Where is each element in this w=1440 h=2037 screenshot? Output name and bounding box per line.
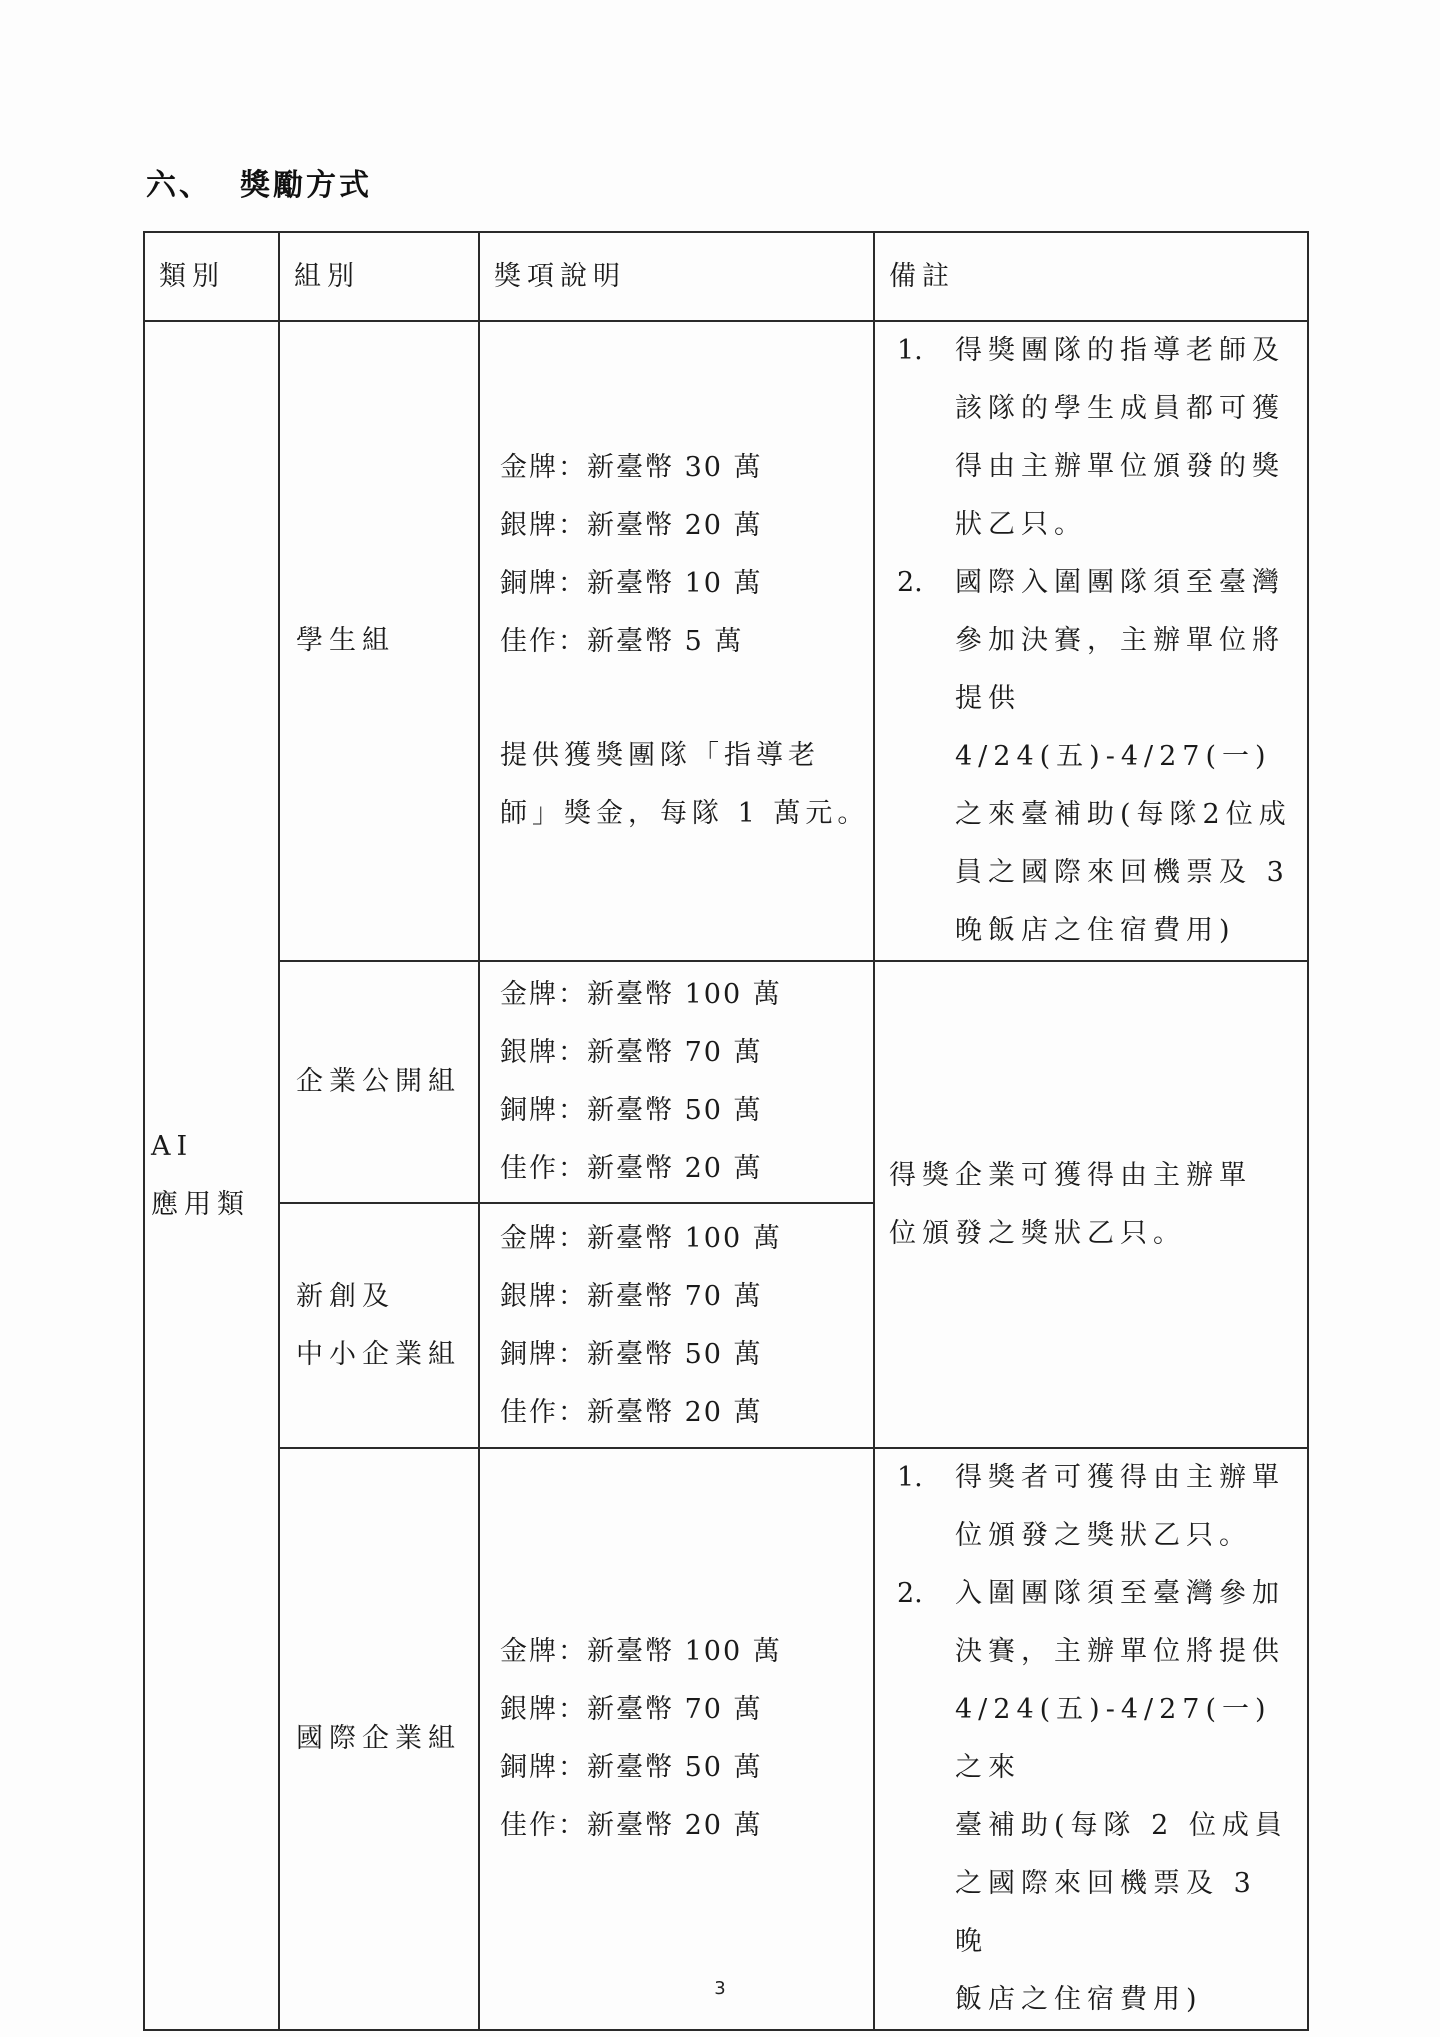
prize-cell-enterprise-open: 金牌：新臺幣 100 萬 銀牌：新臺幣 70 萬 銅牌：新臺幣 50 萬 佳作：… [479, 961, 874, 1203]
remark-item: 2. 國際入圍團隊須至臺灣 參加決賽，主辦單位將 提供 4/24(五)-4/27… [889, 554, 1297, 960]
prize-cell-student: 金牌：新臺幣 30 萬 銀牌：新臺幣 20 萬 銅牌：新臺幣 10 萬 佳作：新… [479, 321, 874, 961]
prize-honorable: 佳作：新臺幣 20 萬 [500, 1140, 873, 1198]
remark-line: 位頒發之獎狀乙只。 [889, 1218, 1186, 1249]
category-line-1: AI [151, 1118, 278, 1176]
remark-text: 國際入圍團隊須至臺灣 參加決賽，主辦單位將 提供 4/24(五)-4/27(一)… [955, 554, 1297, 960]
prize-gold: 金牌：新臺幣 100 萬 [500, 1623, 873, 1681]
prize-bronze: 銅牌：新臺幣 50 萬 [500, 1739, 873, 1797]
remark-text: 得獎者可獲得由主辦單 位頒發之獎狀乙只。 [955, 1449, 1297, 1565]
prize-silver: 銀牌：新臺幣 70 萬 [500, 1024, 873, 1082]
header-group: 組別 [279, 232, 479, 321]
remark-line: 晚飯店之住宿費用) [955, 915, 1236, 946]
advisor-bonus-note-line-2: 師」獎金，每隊 1 萬元。 [500, 785, 873, 843]
remark-line: 得獎者可獲得由主辦單 [955, 1462, 1285, 1493]
table-row-international-enterprise: 國際企業組 金牌：新臺幣 100 萬 銀牌：新臺幣 70 萬 銅牌：新臺幣 50… [144, 1448, 1308, 2030]
prize-gold: 金牌：新臺幣 30 萬 [500, 439, 873, 497]
remark-text: 得獎企業可獲得由主辦單 位頒發之獎狀乙只。 [889, 1147, 1297, 1263]
category-cell: AI 應用類 [144, 321, 279, 2030]
header-remarks: 備註 [874, 232, 1308, 321]
section-title-text: 獎勵方式 [240, 168, 372, 203]
group-label: 學生組 [296, 612, 478, 670]
prize-silver: 銀牌：新臺幣 70 萬 [500, 1268, 873, 1326]
prize-honorable: 佳作：新臺幣 20 萬 [500, 1797, 873, 1855]
remark-item: 1. 得獎團隊的指導老師及 該隊的學生成員都可獲 得由主辦單位頒發的獎 狀乙只。 [889, 322, 1297, 554]
remark-line: 得獎團隊的指導老師及 [955, 335, 1285, 366]
page-number: 3 [0, 1978, 1440, 1999]
prize-bronze: 銅牌：新臺幣 10 萬 [500, 555, 873, 613]
header-category: 類別 [144, 232, 279, 321]
remark-item: 1. 得獎者可獲得由主辦單 位頒發之獎狀乙只。 [889, 1449, 1297, 1565]
group-label-line-1: 新創及 [296, 1268, 478, 1326]
remark-line: 員之國際來回機票及 3 [955, 857, 1290, 888]
remarks-cell-student: 1. 得獎團隊的指導老師及 該隊的學生成員都可獲 得由主辦單位頒發的獎 狀乙只。… [874, 321, 1308, 961]
remark-line: 得獎企業可獲得由主辦單 [889, 1160, 1252, 1191]
remark-line: 入圍團隊須至臺灣參加 [955, 1578, 1285, 1609]
prize-gold: 金牌：新臺幣 100 萬 [500, 1210, 873, 1268]
document-page: 六、獎勵方式 類別 組別 獎項說明 備註 AI 應用類 學生組 金牌：新臺幣 3… [0, 0, 1440, 2037]
awards-table: 類別 組別 獎項說明 備註 AI 應用類 學生組 金牌：新臺幣 30 萬 銀牌：… [143, 231, 1309, 2031]
prize-bronze: 銅牌：新臺幣 50 萬 [500, 1082, 873, 1140]
prize-bronze: 銅牌：新臺幣 50 萬 [500, 1326, 873, 1384]
section-heading: 六、獎勵方式 [146, 160, 372, 204]
prize-honorable: 佳作：新臺幣 20 萬 [500, 1384, 873, 1442]
group-cell-enterprise-open: 企業公開組 [279, 961, 479, 1203]
remark-line: 之來臺補助(每隊2位成 [955, 799, 1292, 830]
remark-number: 1. [889, 1449, 955, 1507]
remark-line: 位頒發之獎狀乙只。 [955, 1520, 1252, 1551]
group-cell-startup-sme: 新創及 中小企業組 [279, 1203, 479, 1448]
remark-number: 1. [889, 322, 955, 380]
remark-line: 該隊的學生成員都可獲 [955, 393, 1285, 424]
advisor-bonus-note-line-1: 提供獲獎團隊「指導老 [500, 727, 873, 785]
prize-cell-international-enterprise: 金牌：新臺幣 100 萬 銀牌：新臺幣 70 萬 銅牌：新臺幣 50 萬 佳作：… [479, 1448, 874, 2030]
remark-line: 狀乙只。 [955, 509, 1087, 540]
section-number: 六、 [146, 168, 212, 203]
remark-line: 決賽，主辦單位將提供 [955, 1636, 1285, 1667]
prize-silver: 銀牌：新臺幣 20 萬 [500, 497, 873, 555]
table-row-enterprise-open: 企業公開組 金牌：新臺幣 100 萬 銀牌：新臺幣 70 萬 銅牌：新臺幣 50… [144, 961, 1308, 1203]
group-label: 企業公開組 [296, 1053, 478, 1111]
remark-line: 得由主辦單位頒發的獎 [955, 451, 1285, 482]
remark-line: 參加決賽，主辦單位將 [955, 625, 1285, 656]
header-prize-description: 獎項說明 [479, 232, 874, 321]
table-header-row: 類別 組別 獎項說明 備註 [144, 232, 1308, 321]
remarks-cell-international: 1. 得獎者可獲得由主辦單 位頒發之獎狀乙只。 2. 入圍團隊須至臺灣參加 決賽… [874, 1448, 1308, 2030]
prize-silver: 銀牌：新臺幣 70 萬 [500, 1681, 873, 1739]
remarks-cell-enterprise: 得獎企業可獲得由主辦單 位頒發之獎狀乙只。 [874, 961, 1308, 1448]
remark-line: 臺補助(每隊 2 位成員 [955, 1810, 1288, 1841]
remark-number: 2. [889, 554, 955, 612]
remark-number: 2. [889, 1565, 955, 1623]
prize-gold: 金牌：新臺幣 100 萬 [500, 966, 873, 1024]
remark-line: 4/24(五)-4/27(一)之來 [955, 1694, 1272, 1783]
remark-line: 提供 4/24(五)-4/27(一) [955, 683, 1272, 772]
group-label: 國際企業組 [296, 1710, 478, 1768]
prize-cell-startup-sme: 金牌：新臺幣 100 萬 銀牌：新臺幣 70 萬 銅牌：新臺幣 50 萬 佳作：… [479, 1203, 874, 1448]
group-cell-international-enterprise: 國際企業組 [279, 1448, 479, 2030]
category-line-2: 應用類 [151, 1176, 278, 1234]
group-cell-student: 學生組 [279, 321, 479, 961]
remark-line: 國際入圍團隊須至臺灣 [955, 567, 1285, 598]
table-row-student: AI 應用類 學生組 金牌：新臺幣 30 萬 銀牌：新臺幣 20 萬 銅牌：新臺… [144, 321, 1308, 961]
remark-text: 入圍團隊須至臺灣參加 決賽，主辦單位將提供 4/24(五)-4/27(一)之來 … [955, 1565, 1297, 2029]
prize-honorable: 佳作：新臺幣 5 萬 [500, 613, 873, 671]
spacer [500, 671, 873, 727]
remark-line: 之國際來回機票及 3 晚 [955, 1868, 1257, 1957]
remark-text: 得獎團隊的指導老師及 該隊的學生成員都可獲 得由主辦單位頒發的獎 狀乙只。 [955, 322, 1297, 554]
remark-item: 2. 入圍團隊須至臺灣參加 決賽，主辦單位將提供 4/24(五)-4/27(一)… [889, 1565, 1297, 2029]
group-label-line-2: 中小企業組 [296, 1326, 478, 1384]
